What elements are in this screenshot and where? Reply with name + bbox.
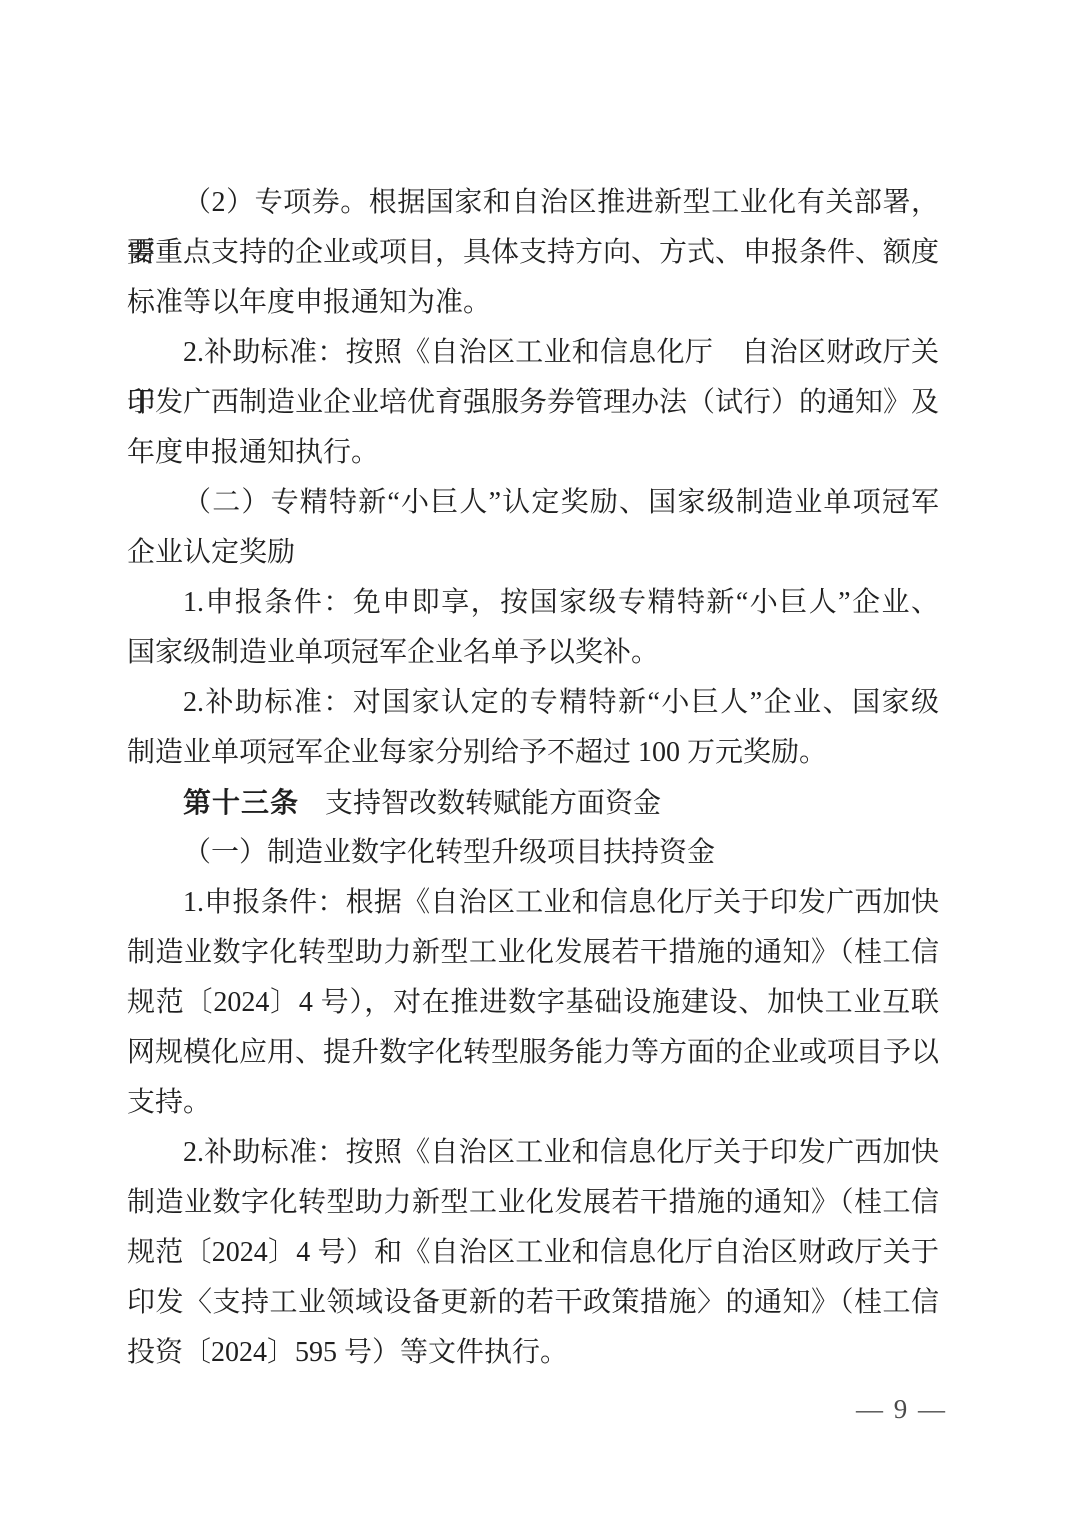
text-line: （2）专项券。根据国家和自治区推进新型工业化有关部署，需 <box>127 178 939 228</box>
text-line: 制造业数字化转型助力新型工业化发展若干措施的通知》（桂工信 <box>127 928 939 978</box>
para-special-voucher: （2）专项券。根据国家和自治区推进新型工业化有关部署，需要重点支持的企业或项目，… <box>127 178 939 328</box>
text-line: 制造业单项冠军企业每家分别给予不超过 100 万元奖励。 <box>127 728 939 778</box>
text-line: 1.申报条件：根据《自治区工业和信息化厅关于印发广西加快 <box>127 878 939 928</box>
text-line: 制造业数字化转型助力新型工业化发展若干措施的通知》（桂工信 <box>127 1178 939 1228</box>
text-line: 支持。 <box>127 1078 939 1128</box>
text-line: 2.补助标准：按照《自治区工业和信息化厅关于印发广西加快 <box>127 1128 939 1178</box>
text-line: 印发广西制造业企业培优育强服务券管理办法（试行）的通知》及 <box>127 378 939 428</box>
para-item2-title: （二）专精特新“小巨人”认定奖励、国家级制造业单项冠军企业认定奖励 <box>127 478 939 578</box>
text-line: 标准等以年度申报通知为准。 <box>127 278 939 328</box>
para-item2-subsidy-standard: 2.补助标准：对国家认定的专精特新“小巨人”企业、国家级制造业单项冠军企业每家分… <box>127 678 939 778</box>
text-line: 2.补助标准：对国家认定的专精特新“小巨人”企业、国家级 <box>127 678 939 728</box>
text-line: 2.补助标准：按照《自治区工业和信息化厅 自治区财政厅关于 <box>127 328 939 378</box>
text-line: 国家级制造业单项冠军企业名单予以奖补。 <box>127 628 939 678</box>
para-item2-apply-condition: 1.申报条件：免申即享，按国家级专精特新“小巨人”企业、国家级制造业单项冠军企业… <box>127 578 939 678</box>
para-item1-title: （一）制造业数字化转型升级项目扶持资金 <box>127 828 939 878</box>
article-13-heading: 第十三条支持智改数转赋能方面资金 <box>127 778 939 828</box>
text-line: 网规模化应用、提升数字化转型服务能力等方面的企业或项目予以 <box>127 1028 939 1078</box>
article-title: 支持智改数转赋能方面资金 <box>325 788 661 819</box>
text-line: 投资〔2024〕595 号）等文件执行。 <box>127 1328 939 1378</box>
document-content: （2）专项券。根据国家和自治区推进新型工业化有关部署，需要重点支持的企业或项目，… <box>127 178 939 1378</box>
text-line: 企业认定奖励 <box>127 528 939 578</box>
para-voucher-subsidy-standard: 2.补助标准：按照《自治区工业和信息化厅 自治区财政厅关于印发广西制造业企业培优… <box>127 328 939 478</box>
para-digital-subsidy-standard: 2.补助标准：按照《自治区工业和信息化厅关于印发广西加快制造业数字化转型助力新型… <box>127 1128 939 1378</box>
document-page: （2）专项券。根据国家和自治区推进新型工业化有关部署，需要重点支持的企业或项目，… <box>0 0 1074 1520</box>
text-line: （二）专精特新“小巨人”认定奖励、国家级制造业单项冠军 <box>127 478 939 528</box>
para-digital-apply-condition: 1.申报条件：根据《自治区工业和信息化厅关于印发广西加快制造业数字化转型助力新型… <box>127 878 939 1128</box>
article-number: 第十三条 <box>183 787 299 818</box>
text-line: 要重点支持的企业或项目，具体支持方向、方式、申报条件、额度 <box>127 228 939 278</box>
text-line: （一）制造业数字化转型升级项目扶持资金 <box>127 828 939 878</box>
text-line: 1.申报条件：免申即享，按国家级专精特新“小巨人”企业、 <box>127 578 939 628</box>
article-heading-line: 第十三条支持智改数转赋能方面资金 <box>127 778 939 828</box>
text-line: 年度申报通知执行。 <box>127 428 939 478</box>
text-line: 印发〈支持工业领域设备更新的若干政策措施〉的通知》（桂工信 <box>127 1278 939 1328</box>
text-line: 规范〔2024〕4 号）和《自治区工业和信息化厅自治区财政厅关于 <box>127 1228 939 1278</box>
page-number: — 9 — <box>856 1394 947 1424</box>
text-line: 规范〔2024〕4 号），对在推进数字基础设施建设、加快工业互联 <box>127 978 939 1028</box>
